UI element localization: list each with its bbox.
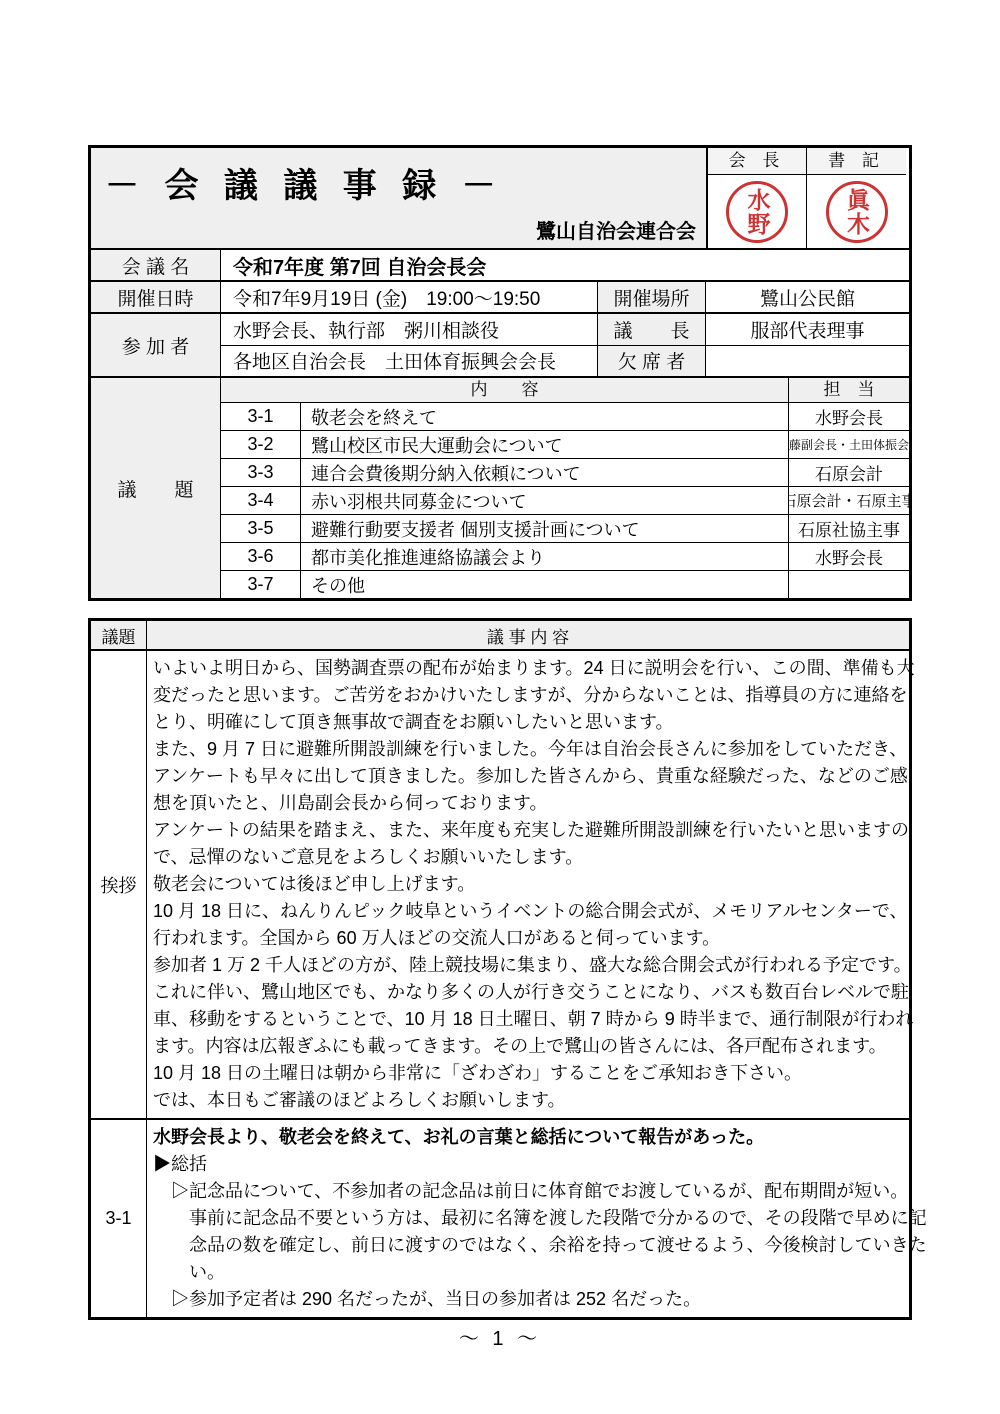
chairman-stamp-column: 会 長 水野	[708, 148, 807, 248]
minutes-line: いよいよ明日から、国勢調査票の配布が始まります。24 日に説明会を行い、この間、…	[153, 655, 915, 682]
agenda-item-no: 3-2	[221, 431, 301, 458]
minutes-line: ▷参加予定者は 290 名だったが、当日の参加者は 252 名だった。	[153, 1286, 927, 1313]
agenda-row: 3-6 都市美化推進連絡協議会より 水野会長	[221, 543, 909, 571]
minutes-line: ます。内容は広報ぎふにも載ってきます。その上で鷺山の皆さんには、各戸配布されます…	[153, 1033, 915, 1060]
secretary-stamp-column: 書 記 眞木	[807, 148, 906, 248]
title-cell: － 会 議 議 事 録 － 鷺山自治会連合会	[91, 148, 708, 248]
agenda-row: 3-7 その他	[221, 571, 909, 598]
participants-row-2: 各地区自治会長 土田体育振興会会長 欠 席 者	[221, 346, 909, 377]
minutes-line: 参加者 1 万 2 千人ほどの方が、陸上競技場に集まり、盛大な総合開会式が行われ…	[153, 952, 915, 979]
absentees-label: 欠 席 者	[598, 346, 706, 377]
agenda-item-charge	[789, 571, 909, 598]
agenda-band: 議 題 内 容 担 当 3-1 敬老会を終えて 水野会長 3-2 鷺山校区市民大…	[91, 376, 909, 598]
minutes-section-label: 3-1	[91, 1120, 147, 1317]
place-value: 鷺山公民館	[706, 282, 909, 312]
minutes-topic-header: 議題	[91, 621, 147, 649]
meeting-name-row: 会 議 名 令和7年度 第7回 自治会長会	[91, 248, 909, 280]
agenda-header-row: 内 容 担 当	[221, 378, 909, 403]
agenda-row: 3-1 敬老会を終えて 水野会長	[221, 403, 909, 431]
minutes-section-label: 挨拶	[91, 651, 147, 1118]
document-header-band: － 会 議 議 事 録 － 鷺山自治会連合会 会 長 水野 書 記 眞木	[91, 148, 909, 248]
secretary-stamp-area: 眞木	[807, 175, 906, 248]
minutes-line: 敬老会については後ほど申し上げます。	[153, 871, 915, 898]
agenda-item-no: 3-1	[221, 403, 301, 430]
minutes-line: ▶総括	[153, 1151, 927, 1178]
agenda-row: 3-3 連合会費後期分納入依頼について 石原会計	[221, 459, 909, 487]
page-number: ～ 1 ～	[0, 1322, 1000, 1351]
minutes-line: 水野会長より、敬老会を終えて、お礼の言葉と総括について報告があった。	[153, 1124, 927, 1151]
chairman-label: 会 長	[708, 148, 806, 175]
minutes-line: アンケートも早々に出して頂きました。参加した皆さんから、貴重な経験だった、などの…	[153, 763, 915, 790]
minutes-section-3-1: 3-1 水野会長より、敬老会を終えて、お礼の言葉と総括について報告があった。 ▶…	[91, 1118, 909, 1317]
minutes-line: 車、移動をするということで、10 月 18 日土曜日、朝 7 時から 9 時半ま…	[153, 1006, 915, 1033]
minutes-line: い。	[153, 1259, 927, 1286]
meeting-name-value: 令和7年度 第7回 自治会長会	[221, 250, 909, 280]
minutes-line: アンケートの結果を踏まえ、また、来年度も充実した避難所開設訓練を行いたいと思いま…	[153, 817, 915, 844]
participants-value-1: 水野会長、執行部 粥川相談役	[221, 314, 598, 345]
chairperson-value: 服部代表理事	[706, 314, 909, 345]
agenda-row: 3-5 避難行動要支援者 個別支援計画について 石原社協主事	[221, 515, 909, 543]
minutes-line: 想を頂いたと、川島副会長から伺っております。	[153, 790, 915, 817]
minutes-header-table: － 会 議 議 事 録 － 鷺山自治会連合会 会 長 水野 書 記 眞木 会 議…	[88, 145, 912, 601]
organization-name: 鷺山自治会連合会	[536, 215, 696, 244]
datetime-label: 開催日時	[91, 282, 221, 312]
agenda-content-header: 内 容	[221, 378, 789, 402]
secretary-label: 書 記	[807, 148, 906, 175]
secretary-seal-icon: 眞木	[826, 181, 888, 243]
datetime-row: 開催日時 令和7年9月19日 (金) 19:00～19:50 開催場所 鷺山公民…	[91, 280, 909, 312]
agenda-row: 3-2 鷺山校区市民大運動会について 佐藤副会長・土田体振会長	[221, 431, 909, 459]
agenda-item-content: その他	[301, 571, 789, 598]
minutes-content-header: 議 事 内 容	[147, 621, 909, 649]
minutes-line: で、忌憚のないご意見をよろしくお願いいたします。	[153, 844, 915, 871]
agenda-item-charge: 石原社協主事	[789, 515, 909, 542]
agenda-item-charge: 佐藤副会長・土田体振会長	[789, 431, 909, 458]
minutes-line: 10 月 18 日の土曜日は朝から非常に「ざわざわ」することをご承知おき下さい。	[153, 1060, 915, 1087]
minutes-line: とり、明確にして頂き無事故で調査をお願いしたいと思います。	[153, 709, 915, 736]
agenda-item-charge: 水野会長	[789, 543, 909, 570]
participants-label: 参 加 者	[91, 314, 221, 376]
absentees-value	[706, 346, 909, 377]
minutes-line: 念品の数を確定し、前日に渡すのではなく、余裕を持って渡せるよう、今後検討していき…	[153, 1232, 927, 1259]
agenda-section-label: 議 題	[91, 378, 221, 598]
participants-row-1: 水野会長、執行部 粥川相談役 議 長 服部代表理事	[221, 314, 909, 346]
agenda-item-no: 3-3	[221, 459, 301, 486]
minutes-line: 行われます。全国から 60 万人ほどの交流人口があると伺っています。	[153, 925, 915, 952]
agenda-item-charge: 水野会長	[789, 403, 909, 430]
agenda-item-content: 避難行動要支援者 個別支援計画について	[301, 515, 789, 542]
agenda-item-content: 都市美化推進連絡協議会より	[301, 543, 789, 570]
agenda-item-content: 連合会費後期分納入依頼について	[301, 459, 789, 486]
page-title: － 会 議 議 事 録 －	[105, 158, 504, 207]
participants-value-2: 各地区自治会長 土田体育振興会会長	[221, 346, 598, 377]
participants-rows: 参 加 者 水野会長、執行部 粥川相談役 議 長 服部代表理事 各地区自治会長 …	[91, 312, 909, 376]
chairman-seal-icon: 水野	[726, 181, 788, 243]
place-label: 開催場所	[598, 282, 706, 312]
minutes-section-body: 水野会長より、敬老会を終えて、お礼の言葉と総括について報告があった。 ▶総括 ▷…	[147, 1120, 933, 1317]
agenda-row: 3-4 赤い羽根共同募金について 石原会計・石原主事	[221, 487, 909, 515]
minutes-section-greeting: 挨拶 いよいよ明日から、国勢調査票の配布が始まります。24 日に説明会を行い、こ…	[91, 651, 909, 1118]
chairperson-label: 議 長	[598, 314, 706, 345]
agenda-item-charge: 石原会計	[789, 459, 909, 486]
minutes-header-row: 議題 議 事 内 容	[91, 621, 909, 651]
agenda-item-content: 敬老会を終えて	[301, 403, 789, 430]
agenda-item-no: 3-7	[221, 571, 301, 598]
minutes-line: 変だったと思います。ご苦労をおかけいたしますが、分からないことは、指導員の方に連…	[153, 682, 915, 709]
minutes-line: 事前に記念品不要という方は、最初に名簿を渡した段階で分かるので、その段階で早めに…	[153, 1205, 927, 1232]
minutes-body-table: 議題 議 事 内 容 挨拶 いよいよ明日から、国勢調査票の配布が始まります。24…	[88, 618, 912, 1320]
minutes-line: ▷記念品について、不参加者の記念品は前日に体育館でお渡しているが、配布期間が短い…	[153, 1178, 927, 1205]
agenda-item-content: 赤い羽根共同募金について	[301, 487, 789, 514]
minutes-line: では、本日もご審議のほどよろしくお願いします。	[153, 1087, 915, 1114]
minutes-line: また、9 月 7 日に避難所開設訓練を行いました。今年は自治会長さんに参加をして…	[153, 736, 915, 763]
minutes-section-body: いよいよ明日から、国勢調査票の配布が始まります。24 日に説明会を行い、この間、…	[147, 651, 921, 1118]
agenda-item-no: 3-6	[221, 543, 301, 570]
minutes-line: 10 月 18 日に、ねんりんピック岐阜というイベントの総合開会式が、メモリアル…	[153, 898, 915, 925]
meeting-name-label: 会 議 名	[91, 250, 221, 280]
agenda-item-charge: 石原会計・石原主事	[789, 487, 909, 514]
agenda-item-no: 3-5	[221, 515, 301, 542]
agenda-charge-header: 担 当	[789, 378, 909, 402]
chairman-stamp-area: 水野	[708, 175, 806, 248]
agenda-item-content: 鷺山校区市民大運動会について	[301, 431, 789, 458]
minutes-line: これに伴い、鷺山地区でも、かなり多くの人が行き交うことになり、バスも数百台レベル…	[153, 979, 915, 1006]
datetime-value: 令和7年9月19日 (金) 19:00～19:50	[221, 282, 598, 312]
agenda-item-no: 3-4	[221, 487, 301, 514]
